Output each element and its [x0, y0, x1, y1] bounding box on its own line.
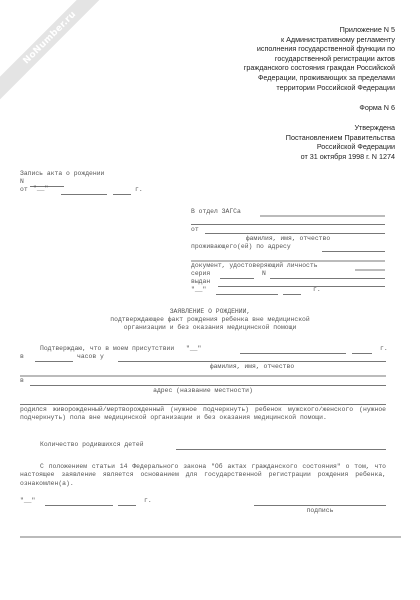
appendix-line: Приложение N 5	[135, 25, 395, 35]
record-title: Запись акта о рождении	[20, 170, 104, 178]
law-text: С положением статьи 14 Федерального зако…	[20, 463, 386, 487]
from-label: от	[191, 226, 199, 234]
approved-line: от 31 октября 1998 г. N 1274	[135, 152, 395, 162]
approved-line: Российской Федерации	[135, 142, 395, 152]
approved-line: Постановлением Правительства	[135, 133, 395, 143]
record-date-year-field[interactable]	[113, 194, 131, 195]
watermark: NoNumber.ru	[0, 0, 112, 100]
sign-date-year-field[interactable]	[118, 505, 136, 506]
appendix-line: гражданского состояния граждан Российско…	[135, 63, 395, 73]
doc-number-field[interactable]	[270, 278, 385, 279]
to-zags-label: В отдел ЗАГСа	[191, 208, 241, 216]
appendix-line: к Административному регламенту	[135, 35, 395, 45]
address-caption: адрес (название местности)	[20, 387, 386, 395]
confirm-year-suffix: г.	[380, 345, 388, 353]
issued-field[interactable]	[218, 286, 385, 287]
doc-number-label: N	[262, 270, 266, 278]
appendix-line: Федерации, проживающих за пределами	[135, 73, 395, 83]
place-field-2[interactable]	[20, 404, 386, 405]
signature-caption: подпись	[254, 507, 386, 515]
children-count-field[interactable]	[176, 449, 386, 450]
hour-field[interactable]	[35, 361, 73, 362]
place-field[interactable]	[30, 385, 386, 386]
record-date-month-field[interactable]	[61, 194, 107, 195]
hours-label: часов у	[77, 353, 104, 361]
law-paragraph: С положением статьи 14 Федерального зако…	[20, 463, 386, 488]
appendix-line: государственной регистрации актов	[135, 54, 395, 64]
form-number: Форма N 6	[195, 103, 395, 113]
issued-date-year-field[interactable]	[283, 294, 301, 295]
place-label: в	[20, 377, 24, 385]
record-date-day[interactable]: "__"	[33, 185, 48, 193]
hour-in-label: в	[20, 353, 24, 361]
born-paragraph: родился живорожденный/мертворожденный (н…	[20, 406, 386, 423]
sign-year-suffix: г.	[144, 497, 152, 505]
sign-date-month-field[interactable]	[45, 505, 113, 506]
residing-field[interactable]	[322, 251, 385, 252]
statement-subtitle-2: организации и без оказания медицинской п…	[0, 324, 420, 332]
issued-date-day[interactable]: "__"	[191, 286, 206, 294]
mother-fio-field-2[interactable]	[20, 375, 386, 377]
issued-date-month-field[interactable]	[216, 294, 278, 295]
series-field[interactable]	[220, 278, 254, 279]
to-zags-field-2[interactable]	[191, 224, 385, 225]
appendix-block: Приложение N 5 к Административному регла…	[135, 25, 395, 92]
appendix-line: территории Российской Федерации	[135, 83, 395, 93]
signature-field[interactable]	[254, 505, 386, 506]
approved-line: Утверждена	[135, 123, 395, 133]
confirm-date-year-field[interactable]	[352, 353, 372, 354]
issued-year-suffix: г.	[313, 286, 321, 294]
to-zags-field[interactable]	[260, 215, 385, 217]
record-date-prefix: от	[20, 186, 28, 194]
bottom-divider	[20, 536, 401, 538]
document-field[interactable]	[355, 269, 385, 271]
confirm-date-month-field[interactable]	[240, 353, 346, 354]
confirm-date-day[interactable]: "__"	[186, 345, 201, 353]
from-field[interactable]	[205, 233, 385, 234]
mother-fio-caption: фамилия, имя, отчество	[118, 363, 386, 371]
residing-label: проживающего(ей) по адресу	[191, 243, 291, 251]
sign-date-day[interactable]: "__"	[20, 497, 35, 505]
record-year-suffix: г.	[135, 186, 143, 194]
confirm-prefix: Подтверждаю, что в моем присутствии	[40, 345, 174, 353]
mother-fio-field[interactable]	[118, 361, 386, 362]
appendix-line: исполнения государственной функции по	[135, 44, 395, 54]
children-count-label: Количество родившихся детей	[40, 441, 144, 449]
approved-block: Утверждена Постановлением Правительства …	[135, 123, 395, 161]
